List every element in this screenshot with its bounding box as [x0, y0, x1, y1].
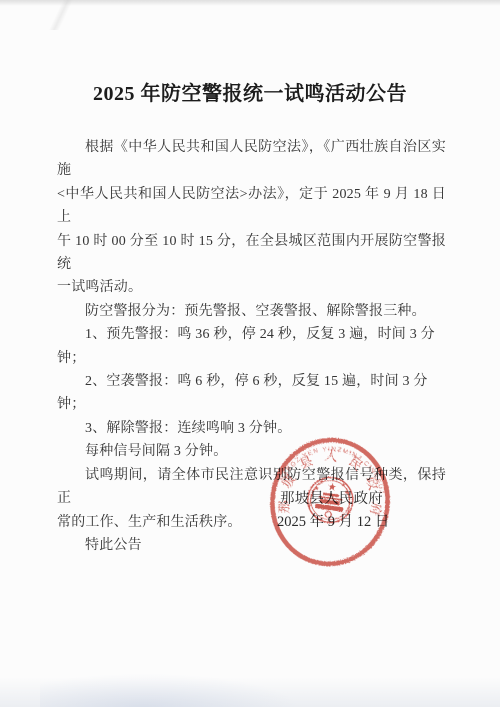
page: { "page": { "background": "#fcfcfc" }, "…	[0, 0, 500, 707]
paper-bottom-smudge	[40, 673, 300, 707]
body-line: 2、空袭警报：鸣 6 秒，停 6 秒，反复 15 遍，时间 3 分钟；	[57, 370, 446, 417]
national-emblem-icon: ★ ★ ★ ★ ★	[305, 475, 356, 526]
body-line: 1、预先警报：鸣 36 秒，停 24 秒，反复 3 遍，时间 3 分钟；	[57, 323, 446, 370]
emblem-star-small: ★	[319, 478, 325, 486]
announcement-title: 2025 年防空警报统一试鸣活动公告	[0, 82, 500, 106]
body-line: 一试鸣活动。	[57, 276, 446, 299]
emblem-star-large: ★	[327, 482, 337, 494]
emblem-star-small: ★	[341, 481, 347, 489]
emblem-gear-icon	[325, 511, 332, 518]
paper-crease	[16, 0, 106, 30]
body-line: 根据《中华人民共和国人民防空法》，《广西壮族自治区实施	[57, 136, 446, 183]
emblem-gate	[315, 492, 345, 512]
body-line: 防空警报分为：预先警报、空袭警报、解除警报三种。	[57, 300, 446, 323]
body-line: 午 10 时 00 分至 10 时 15 分，在全县城区范围内开展防空警报统	[57, 230, 446, 277]
body-line: <中华人民共和国人民防空法>办法》，定于 2025 年 9 月 18 日上	[57, 183, 446, 230]
official-seal: 那坡县人民政府 NABOZ YEN YINZMINZ CINGFUJ ★ ★ ★…	[255, 427, 405, 577]
